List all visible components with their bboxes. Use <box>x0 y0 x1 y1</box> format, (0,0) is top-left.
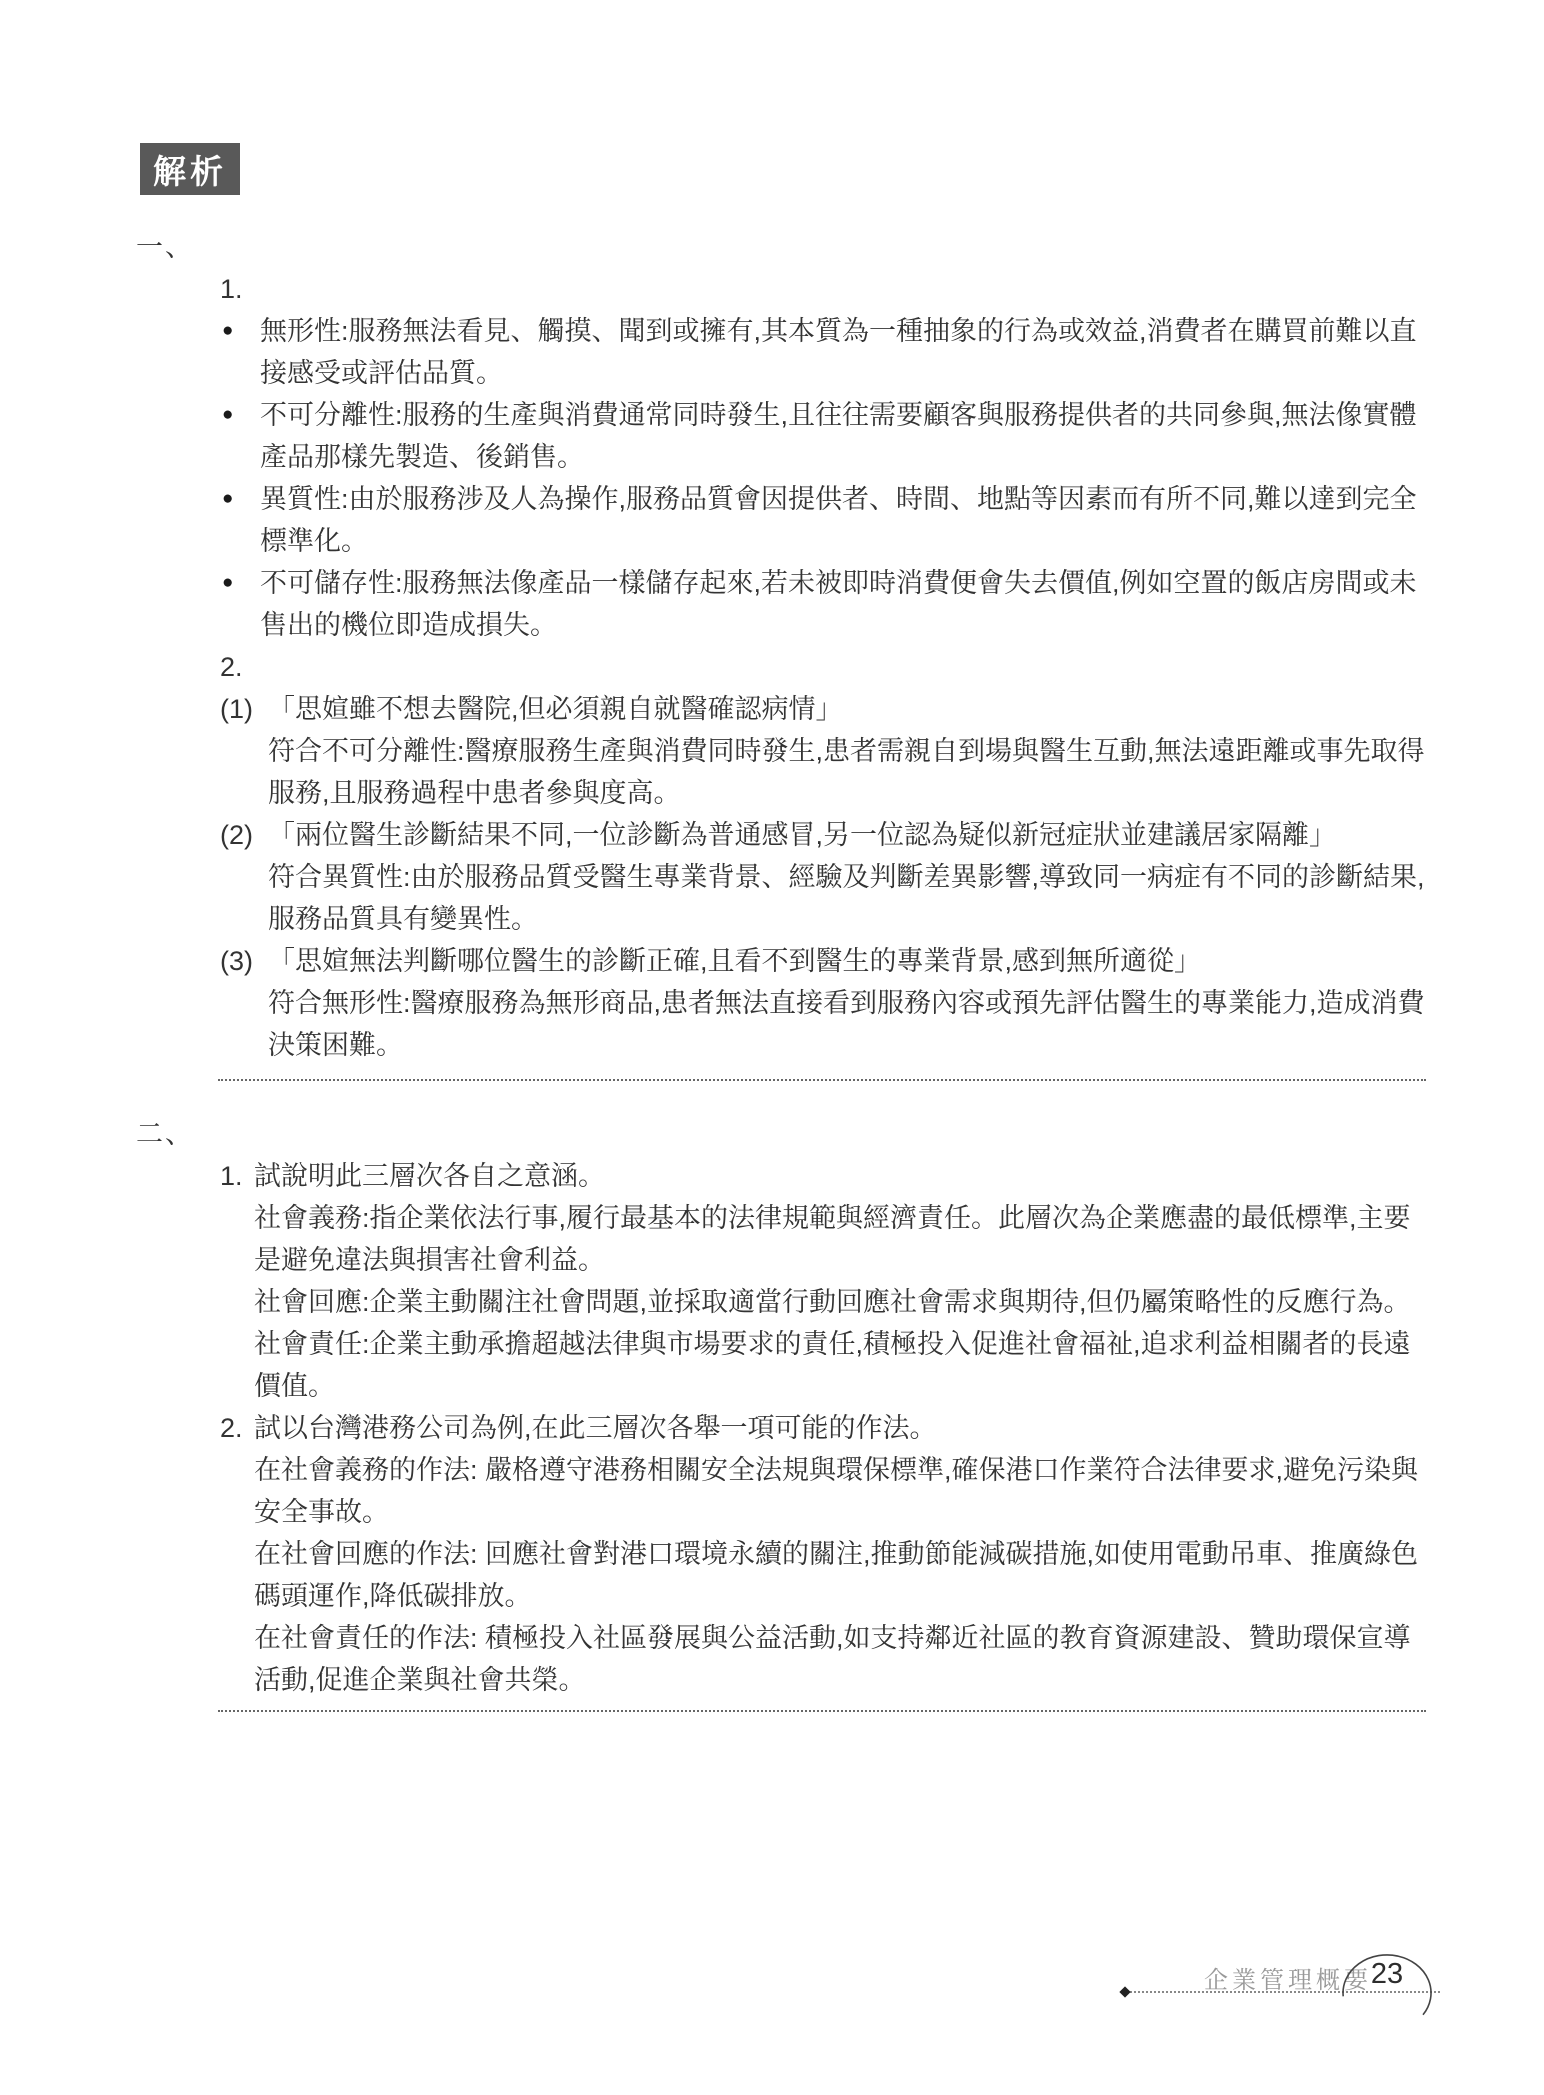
case-explanation: 符合異質性:由於服務品質受醫生專業背景、經驗及判斷差異影響,導致同一病症有不同的… <box>268 856 1426 940</box>
bullet-text: 不可分離性:服務的生產與消費通常同時發生,且往往需要顧客與服務提供者的共同參與,… <box>260 394 1426 478</box>
page-content: 一、 1. ● 無形性:服務無法看見、觸摸、聞到或擁有,其本質為一種抽象的行為或… <box>136 226 1426 1712</box>
item-lead: 試以台灣港務公司為例,在此三層次各舉一項可能的作法。 <box>254 1407 1426 1449</box>
analysis-badge-label: 解析 <box>153 146 227 193</box>
case-marker: (3) <box>220 940 268 982</box>
list-marker-1: 1. <box>220 268 1426 310</box>
list-marker: 1. <box>220 1155 254 1197</box>
item-paragraph: 在社會回應的作法: 回應社會對港口環境永續的關注,推動節能減碳措施,如使用電動吊… <box>254 1533 1426 1617</box>
bullet-text: 無形性:服務無法看見、觸摸、聞到或擁有,其本質為一種抽象的行為或效益,消費者在購… <box>260 310 1426 394</box>
section-one-body: 1. ● 無形性:服務無法看見、觸摸、聞到或擁有,其本質為一種抽象的行為或效益,… <box>220 268 1426 1066</box>
numbered-item: 2. 試以台灣港務公司為例,在此三層次各舉一項可能的作法。 在社會義務的作法: … <box>220 1407 1426 1701</box>
case-marker: (2) <box>220 814 268 856</box>
bullet-text: 異質性:由於服務涉及人為操作,服務品質會因提供者、時間、地點等因素而有所不同,難… <box>260 478 1426 562</box>
case-quote: 「思媗無法判斷哪位醫生的診斷正確,且看不到醫生的專業背景,感到無所適從」 <box>268 940 1426 982</box>
bullet-item: ● 異質性:由於服務涉及人為操作,服務品質會因提供者、時間、地點等因素而有所不同… <box>220 478 1426 562</box>
case-item: (1) 「思媗雖不想去醫院,但必須親自就醫確認病情」 符合不可分離性:醫療服務生… <box>220 688 1426 814</box>
footer-diamond-icon <box>1119 1986 1130 1997</box>
bullet-icon: ● <box>220 562 260 604</box>
bullet-item: ● 無形性:服務無法看見、觸摸、聞到或擁有,其本質為一種抽象的行為或效益,消費者… <box>220 310 1426 394</box>
item-paragraph: 社會義務:指企業依法行事,履行最基本的法律規範與經濟責任。此層次為企業應盡的最低… <box>254 1197 1426 1281</box>
case-explanation: 符合不可分離性:醫療服務生產與消費同時發生,患者需親自到場與醫生互動,無法遠距離… <box>268 730 1426 814</box>
numbered-item-body: 試以台灣港務公司為例,在此三層次各舉一項可能的作法。 在社會義務的作法: 嚴格遵… <box>254 1407 1426 1701</box>
page-number: 23 <box>1341 1958 1433 1991</box>
numbered-item: 1. 試說明此三層次各自之意涵。 社會義務:指企業依法行事,履行最基本的法律規範… <box>220 1155 1426 1407</box>
bullet-icon: ● <box>220 310 260 352</box>
item-lead: 試說明此三層次各自之意涵。 <box>254 1155 1426 1197</box>
list-marker-2: 2. <box>220 646 1426 688</box>
item-paragraph: 在社會義務的作法: 嚴格遵守港務相關安全法規與環保標準,確保港口作業符合法律要求… <box>254 1449 1426 1533</box>
section-one-label: 一、 <box>136 226 1426 268</box>
case-body: 「思媗無法判斷哪位醫生的診斷正確,且看不到醫生的專業背景,感到無所適從」 符合無… <box>268 940 1426 1066</box>
bullet-icon: ● <box>220 394 260 436</box>
section-two-label: 二、 <box>136 1113 1426 1155</box>
dotted-separator <box>218 1079 1426 1081</box>
bullet-text: 不可儲存性:服務無法像產品一樣儲存起來,若未被即時消費便會失去價值,例如空置的飯… <box>260 562 1426 646</box>
case-body: 「思媗雖不想去醫院,但必須親自就醫確認病情」 符合不可分離性:醫療服務生產與消費… <box>268 688 1426 814</box>
dotted-separator <box>218 1710 1426 1712</box>
item-paragraph: 在社會責任的作法: 積極投入社區發展與公益活動,如支持鄰近社區的教育資源建設、贊… <box>254 1617 1426 1701</box>
case-quote: 「思媗雖不想去醫院,但必須親自就醫確認病情」 <box>268 688 1426 730</box>
bullet-item: ● 不可儲存性:服務無法像產品一樣儲存起來,若未被即時消費便會失去價值,例如空置… <box>220 562 1426 646</box>
numbered-item-body: 試說明此三層次各自之意涵。 社會義務:指企業依法行事,履行最基本的法律規範與經濟… <box>254 1155 1426 1407</box>
item-paragraph: 社會回應:企業主動關注社會問題,並採取適當行動回應社會需求與期待,但仍屬策略性的… <box>254 1281 1426 1323</box>
bullet-icon: ● <box>220 478 260 520</box>
case-quote: 「兩位醫生診斷結果不同,一位診斷為普通感冒,另一位認為疑似新冠症狀並建議居家隔離… <box>268 814 1426 856</box>
case-marker: (1) <box>220 688 268 730</box>
case-body: 「兩位醫生診斷結果不同,一位診斷為普通感冒,另一位認為疑似新冠症狀並建議居家隔離… <box>268 814 1426 940</box>
list-marker: 2. <box>220 1407 254 1449</box>
section-two-body: 1. 試說明此三層次各自之意涵。 社會義務:指企業依法行事,履行最基本的法律規範… <box>220 1155 1426 1701</box>
case-explanation: 符合無形性:醫療服務為無形商品,患者無法直接看到服務內容或預先評估醫生的專業能力… <box>268 982 1426 1066</box>
item-paragraph: 社會責任:企業主動承擔超越法律與市場要求的責任,積極投入促進社會福祉,追求利益相… <box>254 1323 1426 1407</box>
case-item: (3) 「思媗無法判斷哪位醫生的診斷正確,且看不到醫生的專業背景,感到無所適從」… <box>220 940 1426 1066</box>
case-item: (2) 「兩位醫生診斷結果不同,一位診斷為普通感冒,另一位認為疑似新冠症狀並建議… <box>220 814 1426 940</box>
analysis-badge: 解析 <box>140 143 240 195</box>
bullet-item: ● 不可分離性:服務的生產與消費通常同時發生,且往往需要顧客與服務提供者的共同參… <box>220 394 1426 478</box>
